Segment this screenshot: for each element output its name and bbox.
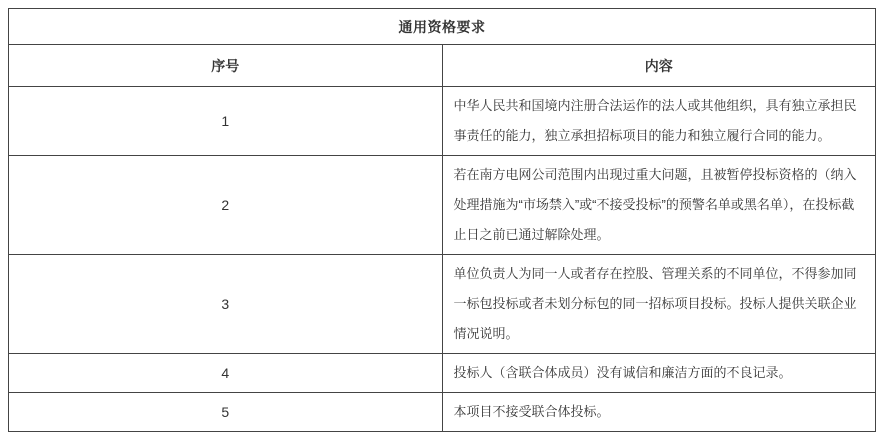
row-content: 投标人（含联合体成员）没有诚信和廉洁方面的不良记录。 xyxy=(442,354,876,393)
row-index: 2 xyxy=(9,156,443,255)
row-index: 5 xyxy=(9,393,443,432)
column-header-content: 内容 xyxy=(442,45,876,87)
qualification-requirements-page: 通用资格要求 序号 内容 1 中华人民共和国境内注册合法运作的法人或其他组织，具… xyxy=(0,0,883,376)
row-index: 3 xyxy=(9,255,443,354)
row-content: 单位负责人为同一人或者存在控股、管理关系的不同单位，不得参加同一标包投标或者未划… xyxy=(442,255,876,354)
table-row: 4 投标人（含联合体成员）没有诚信和廉洁方面的不良记录。 xyxy=(9,354,876,393)
table-title-row: 通用资格要求 xyxy=(9,9,876,45)
table-row: 3 单位负责人为同一人或者存在控股、管理关系的不同单位，不得参加同一标包投标或者… xyxy=(9,255,876,354)
table-head: 通用资格要求 序号 内容 xyxy=(9,9,876,87)
table-header-row: 序号 内容 xyxy=(9,45,876,87)
row-index: 4 xyxy=(9,354,443,393)
table-row: 1 中华人民共和国境内注册合法运作的法人或其他组织，具有独立承担民事责任的能力，… xyxy=(9,87,876,156)
qualification-requirements-table: 通用资格要求 序号 内容 1 中华人民共和国境内注册合法运作的法人或其他组织，具… xyxy=(8,8,876,432)
column-header-index: 序号 xyxy=(9,45,443,87)
row-index: 1 xyxy=(9,87,443,156)
table-title: 通用资格要求 xyxy=(9,9,876,45)
row-content: 若在南方电网公司范围内出现过重大问题，且被暂停投标资格的（纳入处理措施为“市场禁… xyxy=(442,156,876,255)
table-row: 2 若在南方电网公司范围内出现过重大问题，且被暂停投标资格的（纳入处理措施为“市… xyxy=(9,156,876,255)
row-content: 本项目不接受联合体投标。 xyxy=(442,393,876,432)
requirements-body: 1 中华人民共和国境内注册合法运作的法人或其他组织，具有独立承担民事责任的能力，… xyxy=(9,87,876,432)
row-content: 中华人民共和国境内注册合法运作的法人或其他组织，具有独立承担民事责任的能力，独立… xyxy=(442,87,876,156)
table-row: 5 本项目不接受联合体投标。 xyxy=(9,393,876,432)
